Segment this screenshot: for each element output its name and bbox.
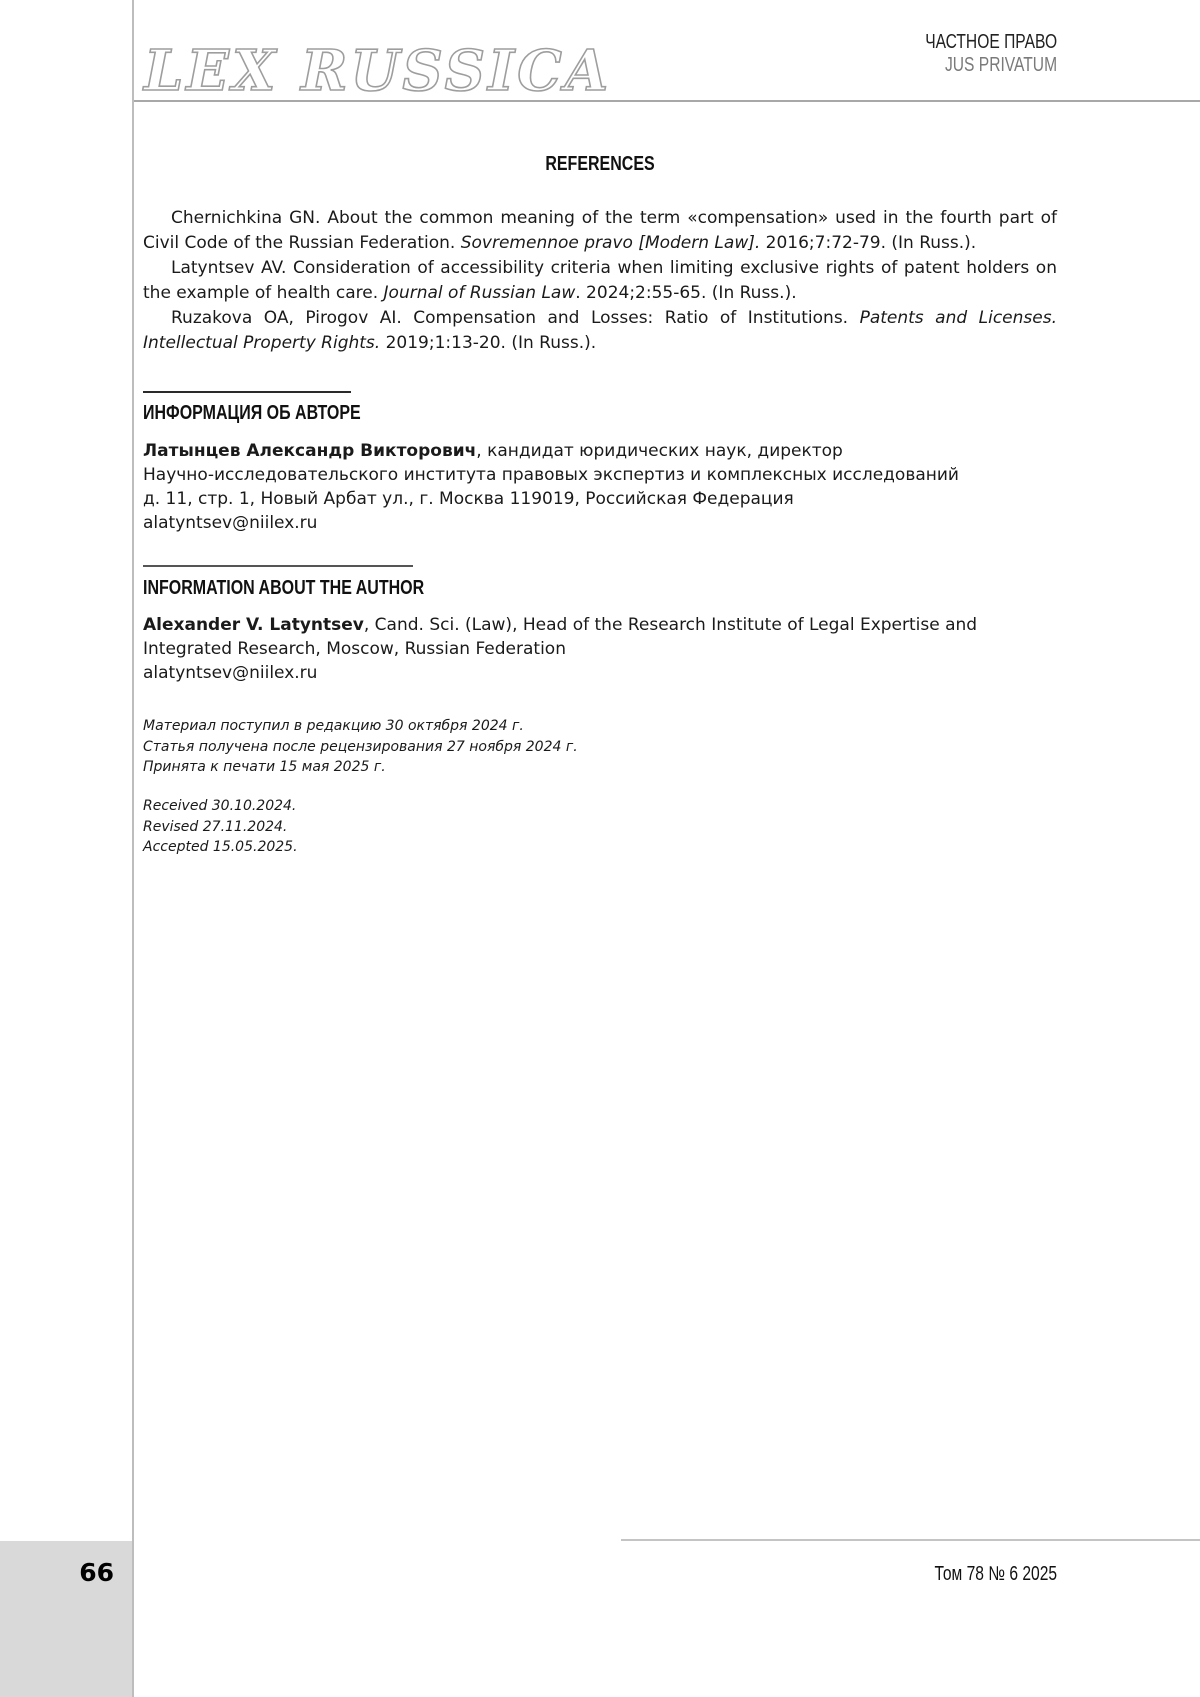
dates-ru: Материал поступил в редакцию 30 октября … xyxy=(143,716,1057,778)
author-name-ru: Латынцев Александр Викторович xyxy=(143,441,476,461)
reference-item: Ruzakova OA, Pirogov AI. Compensation an… xyxy=(143,306,1057,356)
left-margin-rule xyxy=(132,0,134,1697)
date-revised-en: Revised 27.11.2024. xyxy=(143,817,1057,838)
reference-item: Latyntsev AV. Consideration of accessibi… xyxy=(143,256,1057,306)
section-label: ЧАСТНОЕ ПРАВО JUS PRIVATUM xyxy=(925,31,1057,77)
footer-rule xyxy=(621,1539,1200,1541)
author-address: д. 11, стр. 1, Новый Арбат ул., г. Москв… xyxy=(143,487,1057,511)
section-label-latin: JUS PRIVATUM xyxy=(925,54,1057,77)
references-list: Chernichkina GN. About the common meanin… xyxy=(143,206,1057,356)
header-rule xyxy=(134,100,1200,102)
dates-en: Received 30.10.2024. Revised 27.11.2024.… xyxy=(143,796,1057,858)
reference-item: Chernichkina GN. About the common meanin… xyxy=(143,206,1057,256)
author-line: Латынцев Александр Викторович, кандидат … xyxy=(143,439,1057,463)
author-info-heading-en: INFORMATION ABOUT THE AUTHOR xyxy=(143,577,424,600)
date-accepted-ru: Принята к печати 15 мая 2025 г. xyxy=(143,757,1057,778)
date-revised-ru: Статья получена после рецензирования 27 … xyxy=(143,737,1057,758)
date-accepted-en: Accepted 15.05.2025. xyxy=(143,837,1057,858)
journal-logo: LEX RUSSICA xyxy=(144,40,611,102)
author-email-ru[interactable]: alatyntsev@niilex.ru xyxy=(143,511,1057,535)
date-received-en: Received 30.10.2024. xyxy=(143,796,1057,817)
author-line: Alexander V. Latyntsev, Cand. Sci. (Law)… xyxy=(143,613,1057,661)
issue-info: Том 78 № 6 2025 xyxy=(934,1563,1057,1586)
section-label-ru: ЧАСТНОЕ ПРАВО xyxy=(925,31,1057,54)
section-divider xyxy=(143,565,413,567)
references-heading: REFERENCES xyxy=(234,153,965,176)
author-info-ru: Латынцев Александр Викторович, кандидат … xyxy=(143,439,1057,535)
author-email-en[interactable]: alatyntsev@niilex.ru xyxy=(143,661,1057,685)
page-number: 66 xyxy=(0,1558,114,1587)
date-received-ru: Материал поступил в редакцию 30 октября … xyxy=(143,716,1057,737)
section-divider xyxy=(143,391,351,393)
author-info-heading-ru: ИНФОРМАЦИЯ ОБ АВТОРЕ xyxy=(143,402,361,425)
author-line: Научно-исследовательского института прав… xyxy=(143,463,1057,487)
author-name-en: Alexander V. Latyntsev xyxy=(143,615,364,635)
author-info-en: Alexander V. Latyntsev, Cand. Sci. (Law)… xyxy=(143,613,1057,685)
